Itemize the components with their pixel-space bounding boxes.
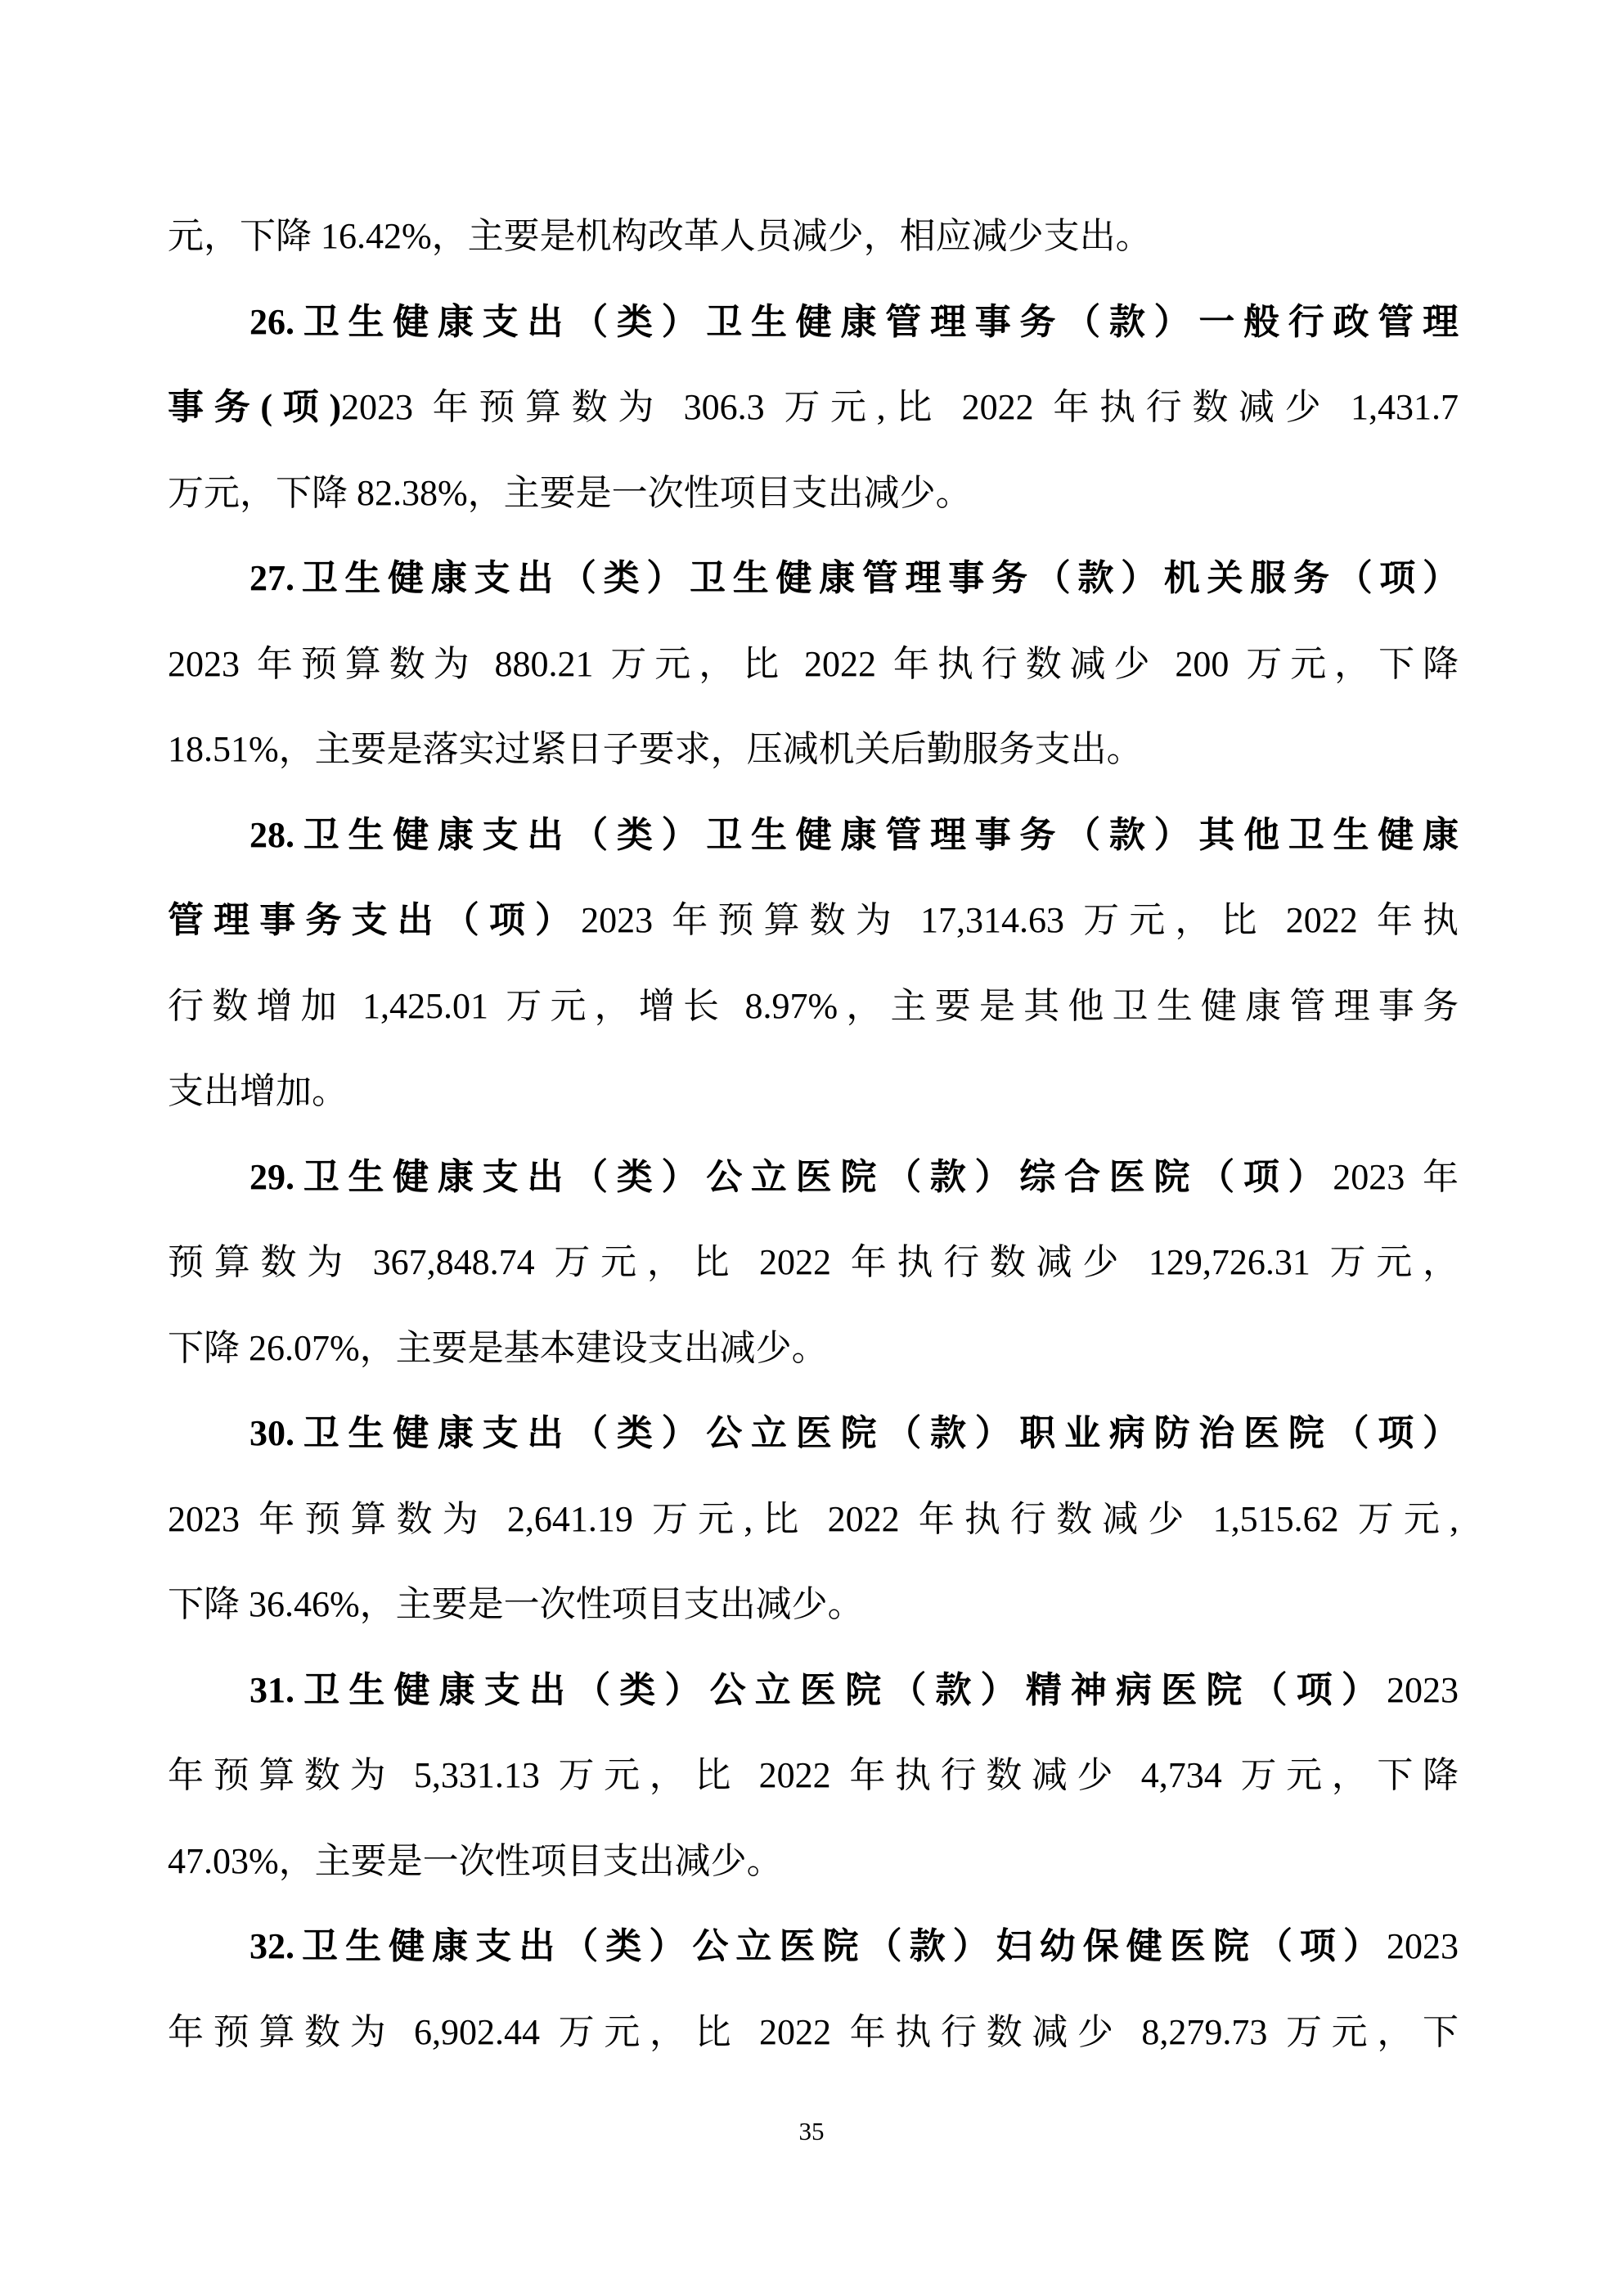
text-segment: 2023 [1387,1670,1459,1710]
text-segment: 事务(项) [168,387,341,427]
text-segment: 下降 26.07%，主要是基本建设支出减少。 [168,1328,828,1368]
paragraph: 30.卫生健康支出（类）公立医院（款）职业病防治医院（项）2023 年预算数为 … [168,1391,1459,1648]
text-segment: 年预算数为 5,331.13 万元，比 2022 年执行数减少 4,734 万元… [168,1755,1459,1795]
text-line: 支出增加。 [168,1049,1459,1135]
text-segment: 28.卫生健康支出（类）卫生健康管理事务（款）其他卫生健康 [250,815,1459,855]
text-line: 管理事务支出（项）2023 年预算数为 17,314.63 万元，比 2022 … [168,878,1459,964]
text-segment: 管理事务支出（项） [168,900,581,940]
text-segment: 万元，下降 82.38%，主要是一次性项目支出减少。 [168,473,972,513]
paragraph: 27.卫生健康支出（类）卫生健康管理事务（款）机关服务（项）2023 年预算数为… [168,536,1459,793]
text-line: 年预算数为 6,902.44 万元，比 2022 年执行数减少 8,279.73… [168,1990,1459,2076]
text-segment: 47.03%，主要是一次性项目支出减少。 [168,1841,783,1881]
text-segment: 27.卫生健康支出（类）卫生健康管理事务（款）机关服务（项） [250,558,1459,598]
text-segment: 30.卫生健康支出（类）公立医院（款）职业病防治医院（项） [250,1413,1459,1453]
text-segment: 26.卫生健康支出（类）卫生健康管理事务（款）一般行政管理 [250,302,1459,342]
text-segment: 支出增加。 [168,1071,348,1111]
page: 元，下降 16.42%，主要是机构改革人员减少，相应减少支出。26.卫生健康支出… [0,0,1623,2296]
text-line: 28.卫生健康支出（类）卫生健康管理事务（款）其他卫生健康 [168,793,1459,879]
paragraph: 元，下降 16.42%，主要是机构改革人员减少，相应减少支出。 [168,194,1459,280]
text-line: 事务(项)2023 年预算数为 306.3 万元,比 2022 年执行数减少 1… [168,365,1459,451]
paragraph: 29.卫生健康支出（类）公立医院（款）综合医院（项）2023 年预算数为 367… [168,1135,1459,1392]
text-segment: 2023 年预算数为 17,314.63 万元，比 2022 年执 [581,900,1459,940]
paragraph: 31.卫生健康支出（类）公立医院（款）精神病医院（项）2023年预算数为 5,3… [168,1648,1459,1905]
text-line: 29.卫生健康支出（类）公立医院（款）综合医院（项）2023 年 [168,1135,1459,1221]
document-body: 元，下降 16.42%，主要是机构改革人员减少，相应减少支出。26.卫生健康支出… [168,194,1459,2075]
text-line: 下降 36.46%，主要是一次性项目支出减少。 [168,1562,1459,1648]
text-segment: 31.卫生健康支出（类）公立医院（款）精神病医院（项） [250,1670,1387,1710]
text-line: 万元，下降 82.38%，主要是一次性项目支出减少。 [168,451,1459,537]
text-segment: 18.51%，主要是落实过紧日子要求，压减机关后勤服务支出。 [168,729,1143,769]
text-segment: 下降 36.46%，主要是一次性项目支出减少。 [168,1584,864,1624]
text-segment: 2023 年预算数为 2,641.19 万元,比 2022 年执行数减少 1,5… [168,1499,1459,1539]
paragraph: 28.卫生健康支出（类）卫生健康管理事务（款）其他卫生健康管理事务支出（项）20… [168,793,1459,1135]
paragraph: 32.卫生健康支出（类）公立医院（款）妇幼保健医院（项）2023年预算数为 6,… [168,1904,1459,2075]
text-segment: 元，下降 16.42%，主要是机构改革人员减少，相应减少支出。 [168,216,1152,256]
text-line: 27.卫生健康支出（类）卫生健康管理事务（款）机关服务（项） [168,536,1459,622]
text-segment: 2023 年预算数为 306.3 万元,比 2022 年执行数减少 1,431.… [341,387,1459,427]
text-line: 下降 26.07%，主要是基本建设支出减少。 [168,1306,1459,1392]
page-number: 35 [799,2117,825,2145]
text-line: 预算数为 367,848.74 万元，比 2022 年执行数减少 129,726… [168,1220,1459,1306]
text-segment: 2023 年 [1333,1157,1459,1197]
text-segment: 行数增加 1,425.01 万元，增长 8.97%，主要是其他卫生健康管理事务 [168,986,1459,1026]
text-line: 32.卫生健康支出（类）公立医院（款）妇幼保健医院（项）2023 [168,1904,1459,1990]
text-line: 30.卫生健康支出（类）公立医院（款）职业病防治医院（项） [168,1391,1459,1477]
text-segment: 预算数为 367,848.74 万元，比 2022 年执行数减少 129,726… [168,1242,1459,1282]
text-line: 26.卫生健康支出（类）卫生健康管理事务（款）一般行政管理 [168,280,1459,366]
text-line: 31.卫生健康支出（类）公立医院（款）精神病医院（项）2023 [168,1648,1459,1734]
text-segment: 2023 [1387,1926,1459,1966]
text-line: 18.51%，主要是落实过紧日子要求，压减机关后勤服务支出。 [168,707,1459,793]
text-line: 元，下降 16.42%，主要是机构改革人员减少，相应减少支出。 [168,194,1459,280]
text-line: 年预算数为 5,331.13 万元，比 2022 年执行数减少 4,734 万元… [168,1733,1459,1819]
text-line: 2023 年预算数为 880.21 万元，比 2022 年执行数减少 200 万… [168,622,1459,708]
text-segment: 29.卫生健康支出（类）公立医院（款）综合医院（项） [250,1157,1333,1197]
text-segment: 32.卫生健康支出（类）公立医院（款）妇幼保健医院（项） [250,1926,1387,1966]
text-line: 2023 年预算数为 2,641.19 万元,比 2022 年执行数减少 1,5… [168,1477,1459,1563]
text-line: 行数增加 1,425.01 万元，增长 8.97%，主要是其他卫生健康管理事务 [168,964,1459,1050]
text-segment: 年预算数为 6,902.44 万元，比 2022 年执行数减少 8,279.73… [168,2012,1459,2052]
text-line: 47.03%，主要是一次性项目支出减少。 [168,1819,1459,1905]
text-segment: 2023 年预算数为 880.21 万元，比 2022 年执行数减少 200 万… [168,644,1459,684]
paragraph: 26.卫生健康支出（类）卫生健康管理事务（款）一般行政管理事务(项)2023 年… [168,280,1459,537]
page-footer: 35 [0,2115,1623,2148]
